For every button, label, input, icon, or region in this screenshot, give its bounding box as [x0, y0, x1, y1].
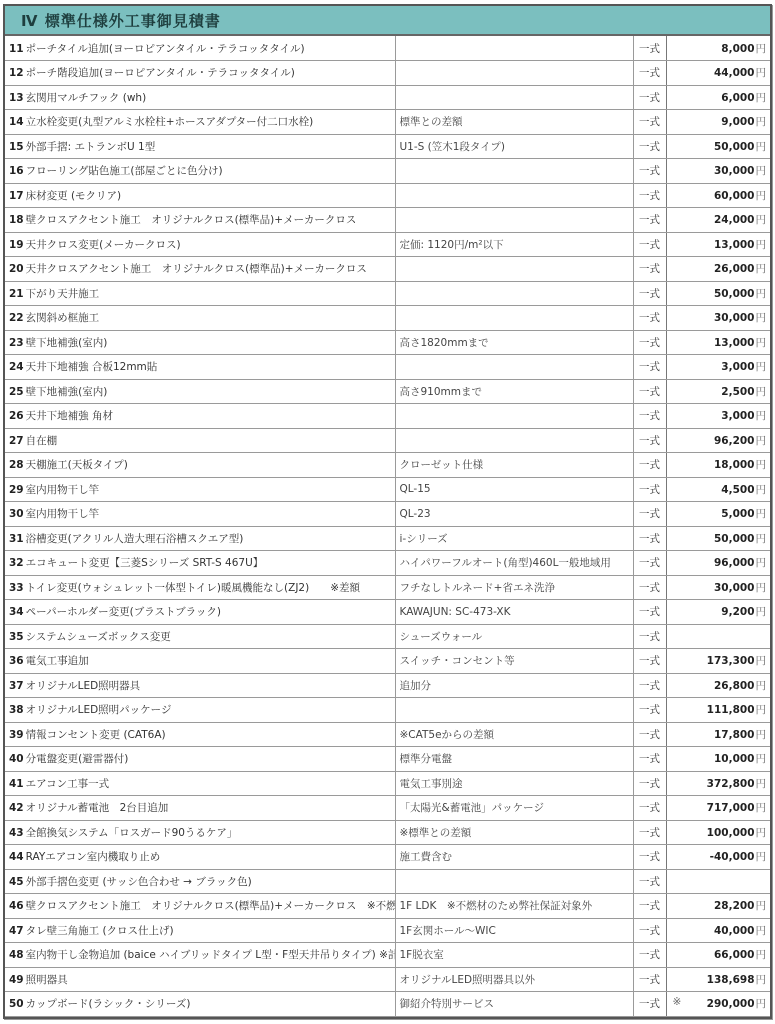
- table-row: 26天井下地補強 角材一式3,000円: [5, 404, 770, 429]
- item-amount: 290,000: [707, 998, 755, 1010]
- item-name: 下がり天井施工: [26, 288, 100, 300]
- item-amount-cell: 40,000円: [666, 918, 770, 943]
- yen-suffix: 円: [756, 533, 767, 545]
- item-unit: 一式: [633, 36, 666, 61]
- item-unit: 一式: [633, 747, 666, 772]
- item-number: 14: [9, 116, 24, 128]
- item-amount: 8,000: [721, 43, 754, 55]
- yen-suffix: 円: [756, 337, 767, 349]
- yen-suffix: 円: [756, 116, 767, 128]
- item-unit: 一式: [633, 306, 666, 331]
- item-amount-cell: [666, 624, 770, 649]
- item-amount-cell: -40,000円: [666, 845, 770, 870]
- table-row: 39情報コンセント変更 (CAT6A)※CAT5eからの差額一式17,800円: [5, 722, 770, 747]
- item-number: 15: [9, 141, 24, 153]
- item-name-cell: 26天井下地補強 角材: [5, 404, 395, 429]
- table-row: 31浴槽変更(アクリル人造大理石浴槽スクエア型)i-シリーズ一式50,000円: [5, 526, 770, 551]
- item-note: オリジナルLED照明器具以外: [395, 967, 633, 992]
- item-note: フチなしトルネード+省エネ洗浄: [395, 575, 633, 600]
- item-number: 50: [9, 998, 24, 1010]
- item-name-cell: 36電気工事追加: [5, 649, 395, 674]
- item-amount: 13,000: [714, 337, 755, 349]
- yen-suffix: 円: [756, 435, 767, 447]
- item-name-cell: 30室内用物干し竿: [5, 502, 395, 527]
- item-unit: 一式: [633, 894, 666, 919]
- yen-suffix: 円: [756, 655, 767, 667]
- yen-suffix: 円: [756, 827, 767, 839]
- table-row: 28天棚施工(天板タイプ)クローゼット仕様一式18,000円: [5, 453, 770, 478]
- item-amount-cell: 5,000円: [666, 502, 770, 527]
- item-amount-cell: 66,000円: [666, 943, 770, 968]
- item-note: QL-23: [395, 502, 633, 527]
- item-name: ポーチタイル追加(ヨーロピアンタイル・テラコッタタイル): [26, 43, 305, 55]
- item-unit: 一式: [633, 208, 666, 233]
- item-name-cell: 28天棚施工(天板タイプ): [5, 453, 395, 478]
- yen-suffix: 円: [756, 974, 767, 986]
- item-number: 19: [9, 239, 24, 251]
- table-row: 17床材変更 (モクリア)一式60,000円: [5, 183, 770, 208]
- item-amount-cell: 138,698円: [666, 967, 770, 992]
- table-row: 23壁下地補強(室内)高さ1820mmまで一式13,000円: [5, 330, 770, 355]
- yen-suffix: 円: [756, 43, 767, 55]
- item-amount-cell: 50,000円: [666, 134, 770, 159]
- table-row: 48室内物干し金物追加 (baice ハイブリッドタイプ L型・F型天井吊りタイ…: [5, 943, 770, 968]
- table-row: 34ペーパーホルダー変更(ブラストブラック)KAWAJUN: SC-473-XK…: [5, 600, 770, 625]
- item-amount: 50,000: [714, 288, 755, 300]
- item-unit: 一式: [633, 722, 666, 747]
- table-row: 25壁下地補強(室内)高さ910mmまで一式2,500円: [5, 379, 770, 404]
- item-unit: 一式: [633, 649, 666, 674]
- item-name: 立水栓変更(丸型アルミ水栓柱+ホースアダプター付二口水栓): [26, 116, 314, 128]
- item-name: システムシューズボックス変更: [26, 631, 171, 643]
- item-unit: 一式: [633, 575, 666, 600]
- item-note: 追加分: [395, 673, 633, 698]
- item-note: [395, 869, 633, 894]
- yen-suffix: 円: [756, 606, 767, 618]
- item-amount-cell: 8,000円: [666, 36, 770, 61]
- item-amount: 173,300: [707, 655, 755, 667]
- table-row: 46壁クロスアクセント施工 オリジナルクロス(標準品)+メーカークロス ※不燃材…: [5, 894, 770, 919]
- item-name-cell: 17床材変更 (モクリア): [5, 183, 395, 208]
- item-name-cell: 49照明器具: [5, 967, 395, 992]
- item-amount-cell: 13,000円: [666, 232, 770, 257]
- item-name: 室内物干し金物追加 (baice ハイブリッドタイプ L型・F型天井吊りタイプ)…: [26, 949, 395, 961]
- item-number: 28: [9, 459, 24, 471]
- item-amount: 30,000: [714, 582, 755, 594]
- item-name: 分電盤変更(避雷器付): [26, 753, 129, 765]
- table-row: 32エコキュート変更【三菱Sシリーズ SRT-S 467U】ハイパワーフルオート…: [5, 551, 770, 576]
- table-row: 19天井クロス変更(メーカークロス)定価: 1120円/m²以下一式13,000…: [5, 232, 770, 257]
- yen-suffix: 円: [756, 778, 767, 790]
- item-unit: 一式: [633, 232, 666, 257]
- yen-suffix: 円: [756, 484, 767, 496]
- item-note: [395, 404, 633, 429]
- table-row: 36電気工事追加スイッチ・コンセント等一式173,300円: [5, 649, 770, 674]
- table-row: 41エアコン工事一式電気工事別途一式372,800円: [5, 771, 770, 796]
- item-unit: 一式: [633, 771, 666, 796]
- item-name: 壁下地補強(室内): [26, 337, 108, 349]
- item-name: 玄関用マルチフック (wh): [26, 92, 147, 104]
- item-name-cell: 39情報コンセント変更 (CAT6A): [5, 722, 395, 747]
- yen-suffix: 円: [756, 141, 767, 153]
- item-number: 26: [9, 410, 24, 422]
- item-amount-cell: [666, 869, 770, 894]
- yen-suffix: 円: [756, 582, 767, 594]
- table-row: 40分電盤変更(避雷器付)標準分電盤一式10,000円: [5, 747, 770, 772]
- item-name-cell: 32エコキュート変更【三菱Sシリーズ SRT-S 467U】: [5, 551, 395, 576]
- table-row: 18壁クロスアクセント施工 オリジナルクロス(標準品)+メーカークロス一式24,…: [5, 208, 770, 233]
- item-name: 天井下地補強 合板12mm貼: [26, 361, 158, 373]
- item-number: 48: [9, 949, 24, 961]
- table-row: 21下がり天井施工一式50,000円: [5, 281, 770, 306]
- item-number: 24: [9, 361, 24, 373]
- item-note: [395, 281, 633, 306]
- item-number: 17: [9, 190, 24, 202]
- item-amount: 3,000: [721, 410, 754, 422]
- estimate-table: 11ポーチタイル追加(ヨーロピアンタイル・テラコッタタイル)一式8,000円12…: [5, 36, 770, 1017]
- item-number: 38: [9, 704, 24, 716]
- item-amount: 717,000: [707, 802, 755, 814]
- item-unit: 一式: [633, 698, 666, 723]
- table-row: 29室内用物干し竿QL-15一式4,500円: [5, 477, 770, 502]
- item-amount: 9,200: [721, 606, 754, 618]
- item-amount-cell: 17,800円: [666, 722, 770, 747]
- item-note: [395, 208, 633, 233]
- table-row: 37オリジナルLED照明器具追加分一式26,800円: [5, 673, 770, 698]
- table-row: 24天井下地補強 合板12mm貼一式3,000円: [5, 355, 770, 380]
- item-note: 1F玄関ホール～WIC: [395, 918, 633, 943]
- item-name-cell: 33トイレ変更(ウォシュレット一体型トイレ)暖風機能なし(ZJ2) ※差額: [5, 575, 395, 600]
- item-name: 自在棚: [26, 435, 58, 447]
- item-unit: 一式: [633, 624, 666, 649]
- table-row: 30室内用物干し竿QL-23一式5,000円: [5, 502, 770, 527]
- yen-suffix: 円: [756, 998, 767, 1010]
- item-name-cell: 43全館換気システム「ロスガード90うるケア」: [5, 820, 395, 845]
- item-amount-cell: 372,800円: [666, 771, 770, 796]
- item-amount-cell: 96,200円: [666, 428, 770, 453]
- item-amount: 3,000: [721, 361, 754, 373]
- item-number: 49: [9, 974, 24, 986]
- item-note: 御紹介特別サービス: [395, 992, 633, 1017]
- yen-suffix: 円: [756, 214, 767, 226]
- table-row: 22玄関斜め框施工一式30,000円: [5, 306, 770, 331]
- item-note: [395, 159, 633, 184]
- yen-suffix: 円: [756, 900, 767, 912]
- item-name-cell: 27自在棚: [5, 428, 395, 453]
- item-number: 33: [9, 582, 24, 594]
- item-number: 42: [9, 802, 24, 814]
- item-name-cell: 44RAYエアコン室内機取り止め: [5, 845, 395, 870]
- item-name-cell: 12ポーチ階段追加(ヨーロピアンタイル・テラコッタタイル): [5, 61, 395, 86]
- item-number: 40: [9, 753, 24, 765]
- item-amount-cell: 26,000円: [666, 257, 770, 282]
- item-unit: 一式: [633, 526, 666, 551]
- item-note: ※標準との差額: [395, 820, 633, 845]
- item-name-cell: 21下がり天井施工: [5, 281, 395, 306]
- item-amount: 30,000: [714, 165, 755, 177]
- item-unit: 一式: [633, 992, 666, 1017]
- yen-suffix: 円: [756, 949, 767, 961]
- item-name-cell: 16フローリング貼色施工(部屋ごとに色分け): [5, 159, 395, 184]
- item-name: 玄関斜め框施工: [26, 312, 100, 324]
- item-name: 浴槽変更(アクリル人造大理石浴槽スクエア型): [26, 533, 244, 545]
- table-row: 20天井クロスアクセント施工 オリジナルクロス(標準品)+メーカークロス一式26…: [5, 257, 770, 282]
- item-amount: -40,000: [710, 851, 755, 863]
- item-number: 39: [9, 729, 24, 741]
- table-row: 50カップボード(ラシック・シリーズ)御紹介特別サービス一式※290,000円: [5, 992, 770, 1017]
- item-name-cell: 35システムシューズボックス変更: [5, 624, 395, 649]
- sheet-title: Ⅳ 標準仕様外工事御見積書: [5, 6, 770, 36]
- item-amount: 24,000: [714, 214, 755, 226]
- item-name-cell: 41エアコン工事一式: [5, 771, 395, 796]
- item-name-cell: 20天井クロスアクセント施工 オリジナルクロス(標準品)+メーカークロス: [5, 257, 395, 282]
- item-number: 37: [9, 680, 24, 692]
- item-note: 標準分電盤: [395, 747, 633, 772]
- item-unit: 一式: [633, 379, 666, 404]
- item-name-cell: 45外部手摺色変更 (サッシ色合わせ → ブラック色): [5, 869, 395, 894]
- item-number: 34: [9, 606, 24, 618]
- item-name-cell: 46壁クロスアクセント施工 オリジナルクロス(標準品)+メーカークロス ※不燃材…: [5, 894, 395, 919]
- item-name-cell: 34ペーパーホルダー変更(ブラストブラック): [5, 600, 395, 625]
- item-unit: 一式: [633, 355, 666, 380]
- item-name-cell: 40分電盤変更(避雷器付): [5, 747, 395, 772]
- table-row: 44RAYエアコン室内機取り止め施工費含む一式-40,000円: [5, 845, 770, 870]
- table-row: 12ポーチ階段追加(ヨーロピアンタイル・テラコッタタイル)一式44,000円: [5, 61, 770, 86]
- item-name: 室内用物干し竿: [26, 484, 100, 496]
- item-amount: 9,000: [721, 116, 754, 128]
- item-amount-cell: 30,000円: [666, 159, 770, 184]
- table-row: 15外部手摺: エトランボU 1型U1-S (笠木1段タイプ)一式50,000円: [5, 134, 770, 159]
- item-amount-cell: 9,000円: [666, 110, 770, 135]
- item-amount: 50,000: [714, 141, 755, 153]
- item-name: 情報コンセント変更 (CAT6A): [26, 729, 166, 741]
- yen-suffix: 円: [756, 263, 767, 275]
- item-amount: 138,698: [707, 974, 755, 986]
- table-row: 27自在棚一式96,200円: [5, 428, 770, 453]
- item-name: ペーパーホルダー変更(ブラストブラック): [26, 606, 221, 618]
- item-unit: 一式: [633, 404, 666, 429]
- yen-suffix: 円: [756, 925, 767, 937]
- item-unit: 一式: [633, 673, 666, 698]
- item-number: 41: [9, 778, 24, 790]
- item-amount: 100,000: [707, 827, 755, 839]
- item-amount: 18,000: [714, 459, 755, 471]
- item-amount: 40,000: [714, 925, 755, 937]
- item-unit: 一式: [633, 159, 666, 184]
- table-row: 45外部手摺色変更 (サッシ色合わせ → ブラック色)一式: [5, 869, 770, 894]
- item-note: 1F LDK ※不燃材のため弊社保証対象外: [395, 894, 633, 919]
- table-row: 33トイレ変更(ウォシュレット一体型トイレ)暖風機能なし(ZJ2) ※差額フチな…: [5, 575, 770, 600]
- item-name-cell: 42オリジナル蓄電池 2台目追加: [5, 796, 395, 821]
- item-number: 18: [9, 214, 24, 226]
- item-name: 電気工事追加: [26, 655, 89, 667]
- item-unit: 一式: [633, 943, 666, 968]
- item-amount: 111,800: [707, 704, 755, 716]
- item-note: 施工費含む: [395, 845, 633, 870]
- item-amount-cell: 173,300円: [666, 649, 770, 674]
- item-note: i-シリーズ: [395, 526, 633, 551]
- item-note: 「太陽光&蓄電池」パッケージ: [395, 796, 633, 821]
- item-amount: 96,200: [714, 435, 755, 447]
- table-row: 13玄関用マルチフック (wh)一式6,000円: [5, 85, 770, 110]
- item-name: ポーチ階段追加(ヨーロピアンタイル・テラコッタタイル): [26, 67, 295, 79]
- item-name-cell: 47タレ壁三角施工 (クロス仕上げ): [5, 918, 395, 943]
- item-name: 天井クロス変更(メーカークロス): [26, 239, 181, 251]
- item-name: 照明器具: [26, 974, 68, 986]
- item-amount: 28,200: [714, 900, 755, 912]
- item-name-cell: 15外部手摺: エトランボU 1型: [5, 134, 395, 159]
- yen-suffix: 円: [756, 753, 767, 765]
- item-amount-cell: 13,000円: [666, 330, 770, 355]
- item-amount-cell: 111,800円: [666, 698, 770, 723]
- item-amount-cell: 4,500円: [666, 477, 770, 502]
- item-note: ※CAT5eからの差額: [395, 722, 633, 747]
- table-row: 11ポーチタイル追加(ヨーロピアンタイル・テラコッタタイル)一式8,000円: [5, 36, 770, 61]
- item-amount: 17,800: [714, 729, 755, 741]
- item-amount: 30,000: [714, 312, 755, 324]
- item-amount-cell: 2,500円: [666, 379, 770, 404]
- item-unit: 一式: [633, 845, 666, 870]
- item-amount-cell: 3,000円: [666, 404, 770, 429]
- item-name-cell: 38オリジナルLED照明パッケージ: [5, 698, 395, 723]
- yen-suffix: 円: [756, 190, 767, 202]
- item-amount-cell: 28,200円: [666, 894, 770, 919]
- item-name: 外部手摺色変更 (サッシ色合わせ → ブラック色): [26, 876, 252, 888]
- item-number: 31: [9, 533, 24, 545]
- item-amount: 96,000: [714, 557, 755, 569]
- item-amount-cell: 96,000円: [666, 551, 770, 576]
- item-name-cell: 11ポーチタイル追加(ヨーロピアンタイル・テラコッタタイル): [5, 36, 395, 61]
- item-note: [395, 698, 633, 723]
- item-note: [395, 257, 633, 282]
- yen-suffix: 円: [756, 729, 767, 741]
- item-name-cell: 37オリジナルLED照明器具: [5, 673, 395, 698]
- item-name: 全館換気システム「ロスガード90うるケア」: [26, 827, 238, 839]
- table-row: 49照明器具オリジナルLED照明器具以外一式138,698円: [5, 967, 770, 992]
- item-number: 32: [9, 557, 24, 569]
- item-name: 床材変更 (モクリア): [26, 190, 122, 202]
- item-amount-cell: 18,000円: [666, 453, 770, 478]
- item-name-cell: 22玄関斜め框施工: [5, 306, 395, 331]
- item-amount: 44,000: [714, 67, 755, 79]
- item-unit: 一式: [633, 330, 666, 355]
- item-amount: 372,800: [707, 778, 755, 790]
- item-name: 壁クロスアクセント施工 オリジナルクロス(標準品)+メーカークロス ※不燃材構造…: [26, 900, 395, 912]
- item-name: タレ壁三角施工 (クロス仕上げ): [26, 925, 174, 937]
- item-amount: 60,000: [714, 190, 755, 202]
- item-name-cell: 25壁下地補強(室内): [5, 379, 395, 404]
- yen-suffix: 円: [756, 410, 767, 422]
- item-unit: 一式: [633, 502, 666, 527]
- yen-suffix: 円: [756, 851, 767, 863]
- item-number: 44: [9, 851, 24, 863]
- item-unit: 一式: [633, 257, 666, 282]
- table-row: 14立水栓変更(丸型アルミ水栓柱+ホースアダプター付二口水栓)標準との差額一式9…: [5, 110, 770, 135]
- yen-suffix: 円: [756, 386, 767, 398]
- item-name-cell: 14立水栓変更(丸型アルミ水栓柱+ホースアダプター付二口水栓): [5, 110, 395, 135]
- item-note: KAWAJUN: SC-473-XK: [395, 600, 633, 625]
- item-amount-cell: 6,000円: [666, 85, 770, 110]
- item-number: 35: [9, 631, 24, 643]
- yen-suffix: 円: [756, 92, 767, 104]
- item-note: [395, 183, 633, 208]
- item-amount-cell: 30,000円: [666, 306, 770, 331]
- yen-suffix: 円: [756, 704, 767, 716]
- item-number: 27: [9, 435, 24, 447]
- item-unit: 一式: [633, 918, 666, 943]
- item-note: シューズウォール: [395, 624, 633, 649]
- item-name: 天棚施工(天板タイプ): [26, 459, 128, 471]
- item-unit: 一式: [633, 134, 666, 159]
- item-number: 20: [9, 263, 24, 275]
- item-name: オリジナルLED照明器具: [26, 680, 141, 692]
- item-name: 天井下地補強 角材: [26, 410, 113, 422]
- item-note: スイッチ・コンセント等: [395, 649, 633, 674]
- item-number: 23: [9, 337, 24, 349]
- item-amount-cell: ※290,000円: [666, 992, 770, 1017]
- item-number: 29: [9, 484, 24, 496]
- item-name: オリジナルLED照明パッケージ: [26, 704, 172, 716]
- item-note: U1-S (笠木1段タイプ): [395, 134, 633, 159]
- item-number: 45: [9, 876, 24, 888]
- item-amount-cell: 44,000円: [666, 61, 770, 86]
- yen-suffix: 円: [756, 67, 767, 79]
- item-name-cell: 50カップボード(ラシック・シリーズ): [5, 992, 395, 1017]
- yen-suffix: 円: [756, 508, 767, 520]
- item-amount-cell: 30,000円: [666, 575, 770, 600]
- item-name: 壁クロスアクセント施工 オリジナルクロス(標準品)+メーカークロス: [26, 214, 357, 226]
- item-unit: 一式: [633, 869, 666, 894]
- item-unit: 一式: [633, 477, 666, 502]
- item-amount: 10,000: [714, 753, 755, 765]
- item-amount-cell: 50,000円: [666, 281, 770, 306]
- item-number: 36: [9, 655, 24, 667]
- item-unit: 一式: [633, 453, 666, 478]
- item-note: [395, 36, 633, 61]
- item-name: エアコン工事一式: [26, 778, 109, 790]
- item-note: クローゼット仕様: [395, 453, 633, 478]
- item-amount-cell: 10,000円: [666, 747, 770, 772]
- item-number: 13: [9, 92, 24, 104]
- table-row: 16フローリング貼色施工(部屋ごとに色分け)一式30,000円: [5, 159, 770, 184]
- yen-suffix: 円: [756, 361, 767, 373]
- yen-suffix: 円: [756, 239, 767, 251]
- estimate-sheet: Ⅳ 標準仕様外工事御見積書 11ポーチタイル追加(ヨーロピアンタイル・テラコッタ…: [3, 4, 772, 1019]
- item-number: 22: [9, 312, 24, 324]
- item-note: [395, 355, 633, 380]
- item-note: [395, 428, 633, 453]
- item-unit: 一式: [633, 61, 666, 86]
- item-unit: 一式: [633, 428, 666, 453]
- yen-suffix: 円: [756, 680, 767, 692]
- item-name: フローリング貼色施工(部屋ごとに色分け): [26, 165, 223, 177]
- item-number: 30: [9, 508, 24, 520]
- item-amount-cell: 9,200円: [666, 600, 770, 625]
- item-name-cell: 31浴槽変更(アクリル人造大理石浴槽スクエア型): [5, 526, 395, 551]
- item-unit: 一式: [633, 281, 666, 306]
- item-amount: 26,800: [714, 680, 755, 692]
- item-number: 46: [9, 900, 24, 912]
- item-amount: 5,000: [721, 508, 754, 520]
- item-note: [395, 61, 633, 86]
- yen-suffix: 円: [756, 288, 767, 300]
- item-note: QL-15: [395, 477, 633, 502]
- item-amount-cell: 50,000円: [666, 526, 770, 551]
- item-amount: 13,000: [714, 239, 755, 251]
- item-name-cell: 19天井クロス変更(メーカークロス): [5, 232, 395, 257]
- item-unit: 一式: [633, 820, 666, 845]
- item-amount: 2,500: [721, 386, 754, 398]
